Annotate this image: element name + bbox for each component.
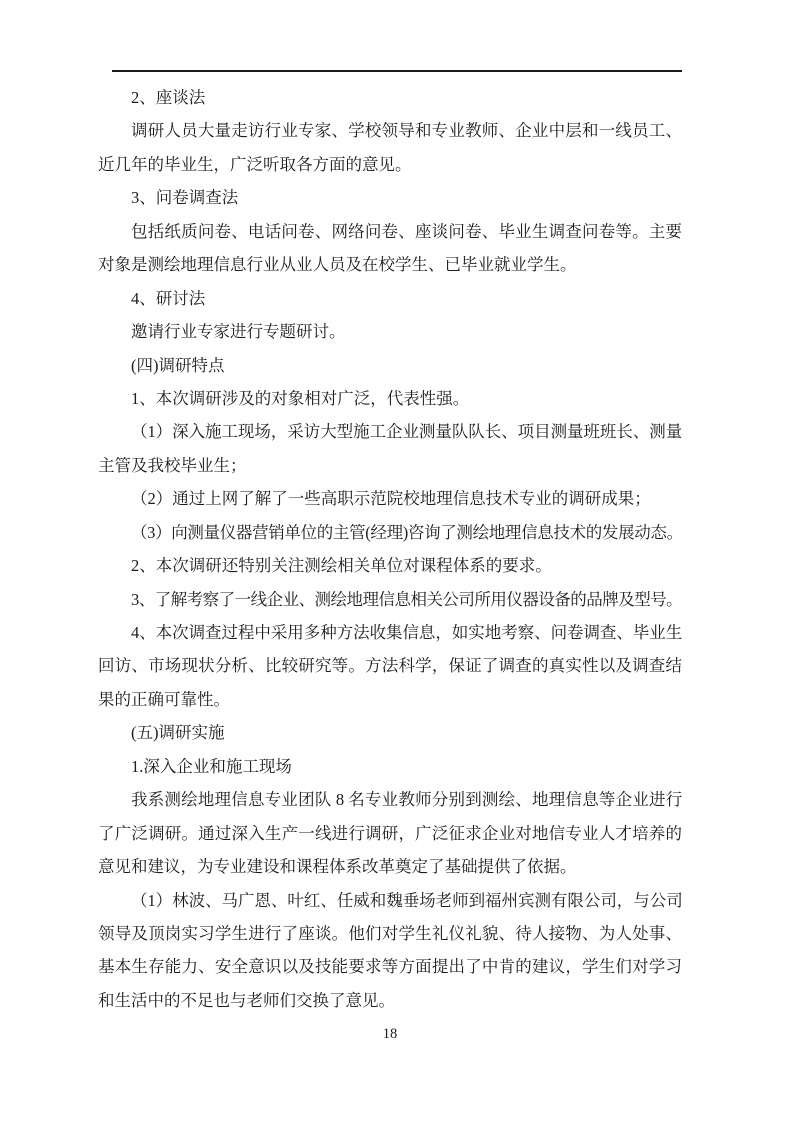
doc-line: 调研人员大量走访行业专家、学校领导和专业教师、企业中层和一线员工、 [98, 114, 682, 147]
doc-line: 4、本次调查过程中采用多种方法收集信息，如实地考察、问卷调查、毕业生 [98, 616, 682, 649]
doc-line: 了广泛调研。通过深入生产一线进行调研，广泛征求企业对地信专业人才培养的 [98, 817, 682, 850]
doc-line: 基本生存能力、安全意识以及技能要求等方面提出了中肯的建议，学生们对学习 [98, 950, 682, 983]
doc-line: 主管及我校毕业生； [98, 449, 682, 482]
doc-line: （3）向测量仪器营销单位的主管(经理)咨询了测绘地理信息技术的发展动态。 [98, 516, 682, 549]
doc-line: 3、问卷调查法 [98, 181, 682, 214]
doc-line: 1、本次调研涉及的对象相对广泛，代表性强。 [98, 382, 682, 415]
page-number: 18 [98, 1026, 682, 1043]
doc-line: 意见和建议，为专业建设和课程体系改革奠定了基础提供了依据。 [98, 850, 682, 883]
doc-line: 近几年的毕业生，广泛听取各方面的意见。 [98, 148, 682, 181]
doc-line: 我系测绘地理信息专业团队 8 名专业教师分别到测绘、地理信息等企业进行 [98, 783, 682, 816]
doc-line: 回访、市场现状分析、比较研究等。方法科学，保证了调查的真实性以及调查结 [98, 649, 682, 682]
doc-line: 包括纸质问卷、电话问卷、网络问卷、座谈问卷、毕业生调查问卷等。主要 [98, 215, 682, 248]
doc-line: (四)调研特点 [98, 349, 682, 382]
doc-line: （2）通过上网了解了一些高职示范院校地理信息技术专业的调研成果； [98, 482, 682, 515]
header-rule [112, 70, 682, 72]
doc-line: 邀请行业专家进行专题研讨。 [98, 315, 682, 348]
doc-line: 和生活中的不足也与老师们交换了意见。 [98, 984, 682, 1017]
doc-line: 4、研讨法 [98, 282, 682, 315]
document-page: 2、座谈法 调研人员大量走访行业专家、学校领导和专业教师、企业中层和一线员工、 … [0, 0, 793, 1122]
doc-line: 3、了解考察了一线企业、测绘地理信息相关公司所用仪器设备的品牌及型号。 [98, 583, 682, 616]
doc-line: 2、本次调研还特别关注测绘相关单位对课程体系的要求。 [98, 549, 682, 582]
doc-line: 对象是测绘地理信息行业从业人员及在校学生、已毕业就业学生。 [98, 248, 682, 281]
doc-line: （1）深入施工现场，采访大型施工企业测量队队长、项目测量班班长、测量 [98, 415, 682, 448]
doc-line: 1.深入企业和施工现场 [98, 750, 682, 783]
doc-line: 2、座谈法 [98, 81, 682, 114]
doc-line: 领导及顶岗实习学生进行了座谈。他们对学生礼仪礼貌、待人接物、为人处事、 [98, 917, 682, 950]
doc-line: (五)调研实施 [98, 716, 682, 749]
doc-line: 果的正确可靠性。 [98, 683, 682, 716]
document-body: 2、座谈法 调研人员大量走访行业专家、学校领导和专业教师、企业中层和一线员工、 … [98, 81, 682, 1017]
doc-line: （1）林波、马广恩、叶红、任威和魏垂场老师到福州宾测有限公司，与公司 [98, 884, 682, 917]
